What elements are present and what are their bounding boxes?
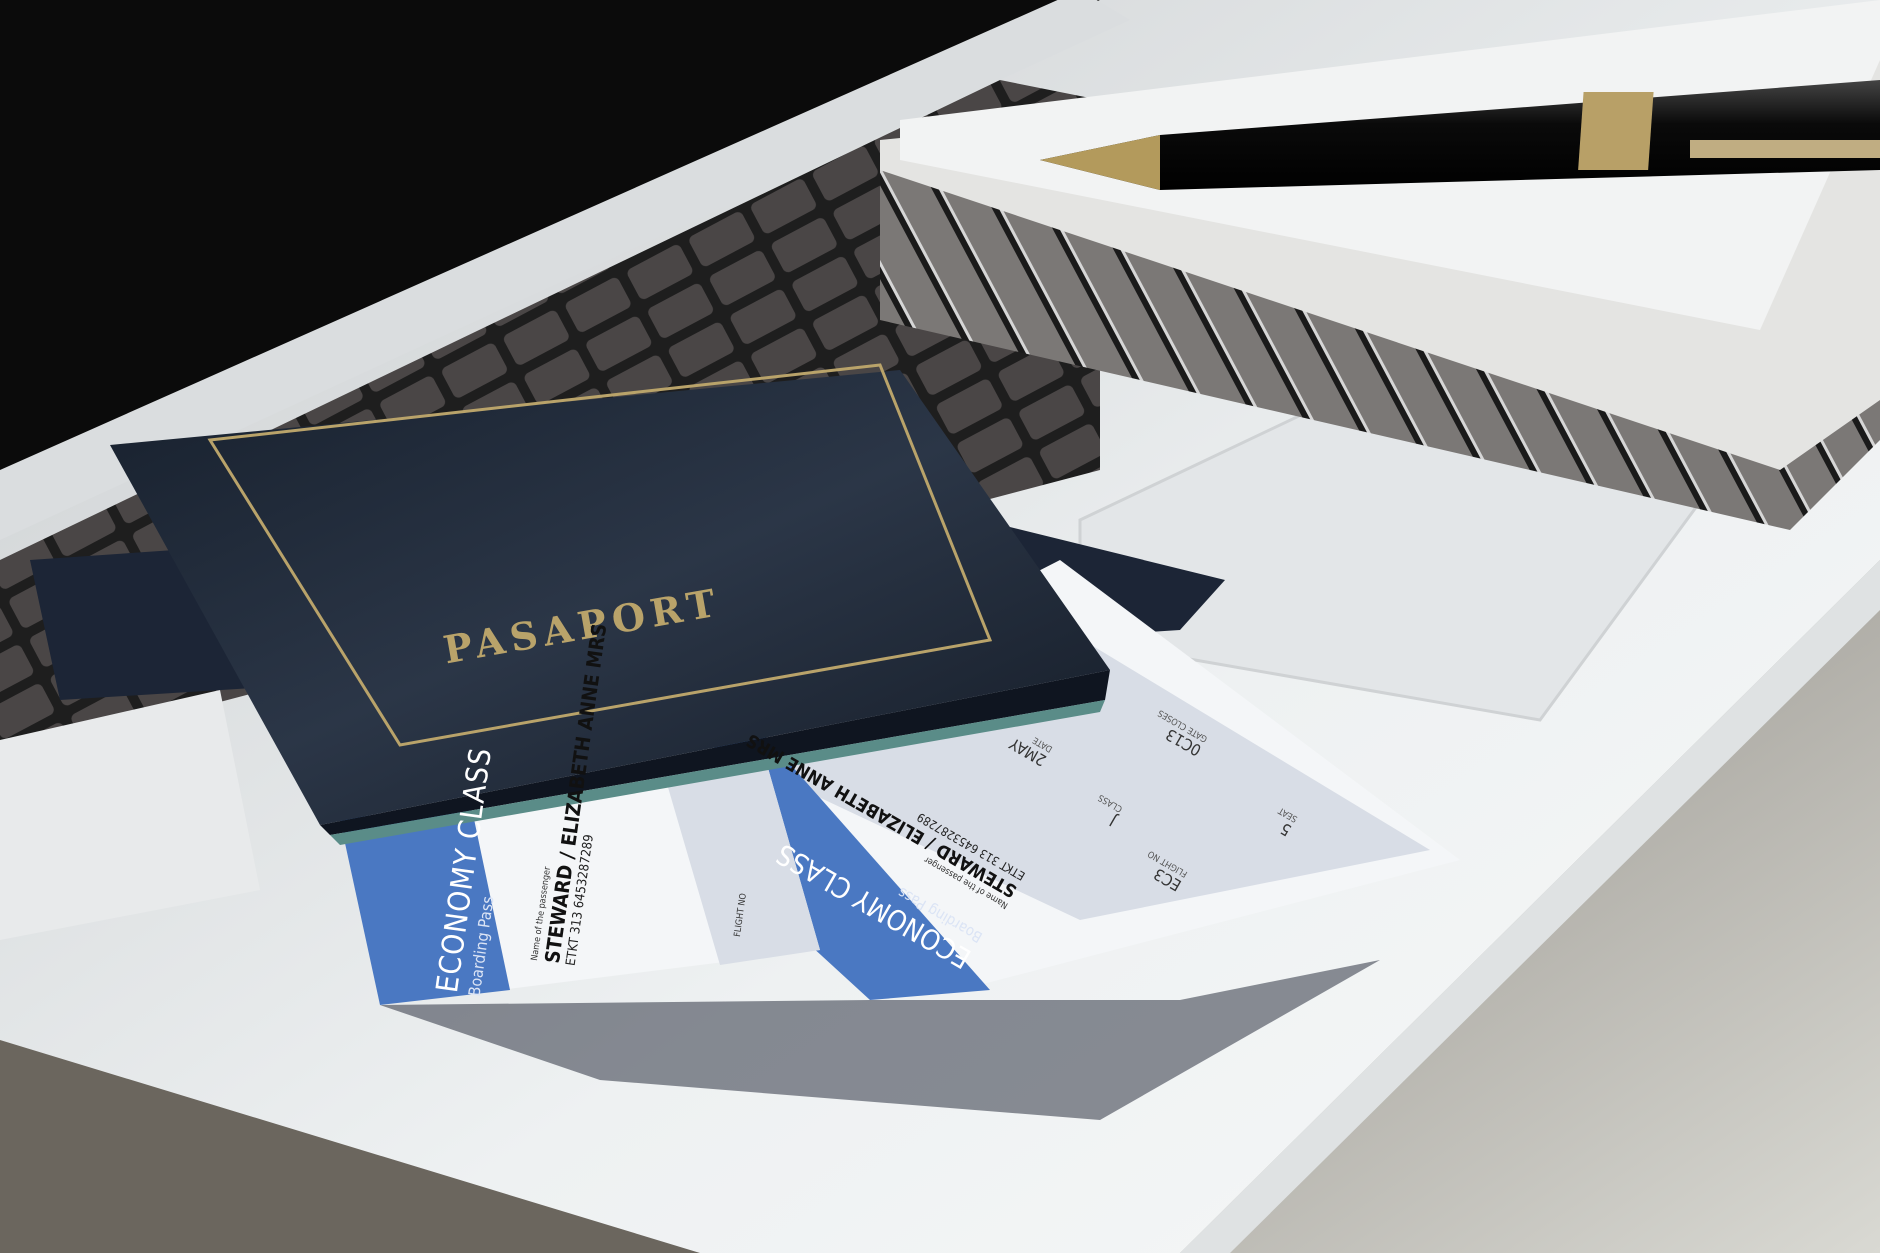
photo-illustration <box>0 0 1880 1253</box>
photo-scene: PASAPORT ECONOMY CLASS Boarding Pass Nam… <box>0 0 1880 1253</box>
